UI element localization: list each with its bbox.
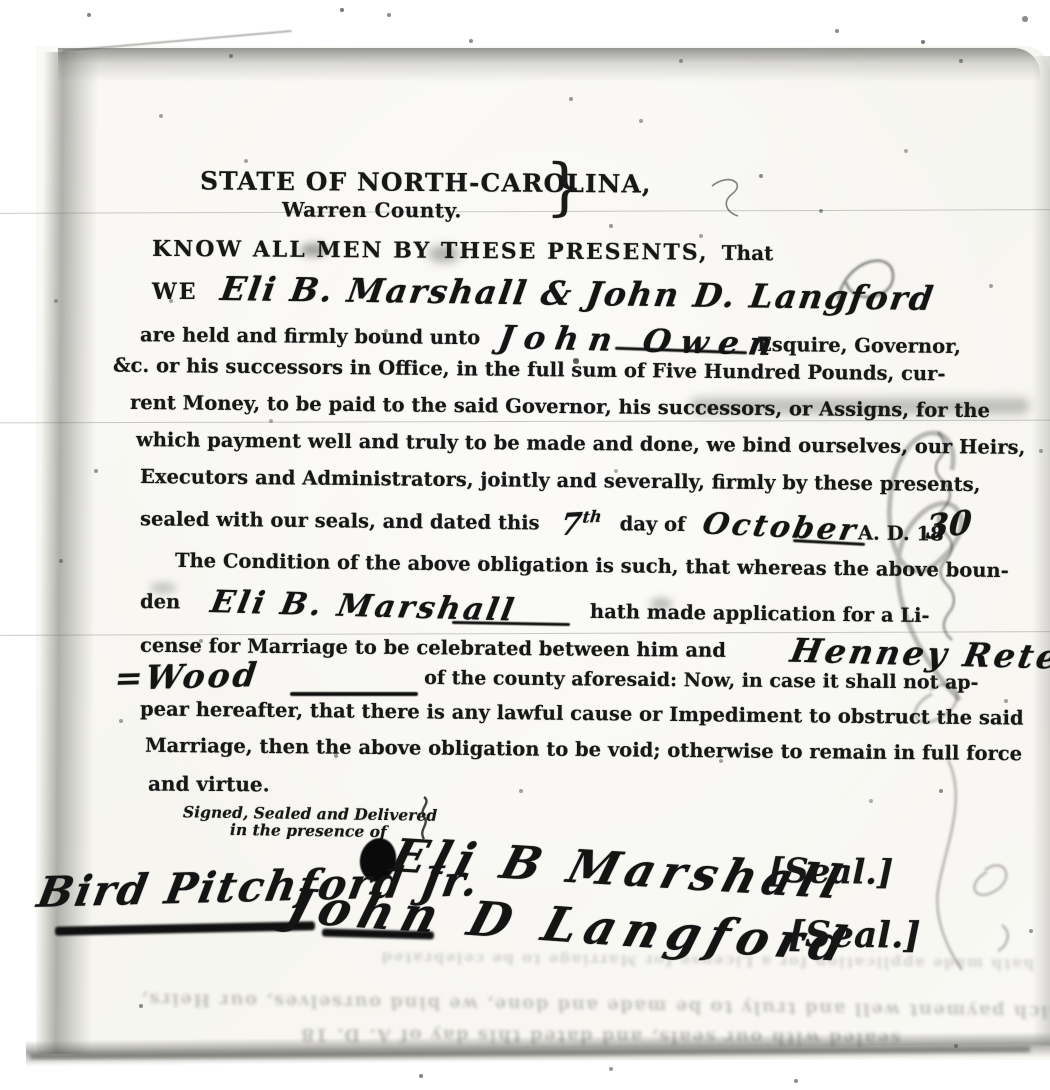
scanned-document: STATE OF NORTH-CAROLINA, Warren County. …	[0, 0, 1050, 1090]
bride-handwriting-2: =Wood	[112, 655, 261, 698]
condition-line-2b: hath made application for a Li-	[590, 600, 930, 627]
brace-glyph: }	[545, 150, 584, 223]
year-text: 30	[925, 502, 973, 547]
day-number: 7	[559, 507, 584, 544]
paper-edge-right	[1032, 56, 1050, 1046]
opening-line: KNOW ALL MEN BY THESE PRESENTS, That	[152, 236, 774, 266]
county-brace: }	[545, 150, 584, 223]
governor-handwriting: John Owen	[496, 318, 785, 363]
day-handwriting: 7th	[559, 506, 603, 544]
condition-line-7-text: and virtue.	[148, 772, 270, 797]
county-line: Warren County.	[282, 198, 462, 223]
know-all-text: KNOW ALL MEN BY THESE PRESENTS,	[152, 236, 709, 266]
condition-line-2b-text: hath made application for a Li-	[590, 600, 930, 627]
principals-line: WE Eli B. Marshall & John D. Langford	[152, 274, 934, 313]
seal-mark-2: [Seal.]	[788, 913, 921, 956]
attestation-line-2-text: in the presence of	[230, 820, 387, 841]
seal-mark-1-text: [Seal.]	[768, 851, 894, 893]
wood-tail-stroke	[290, 692, 418, 696]
condition-line-7: and virtue.	[148, 772, 270, 797]
county-line-text: Warren County.	[282, 198, 462, 223]
esquire-text: Esquire, Governor,	[757, 333, 961, 358]
paper-edge-top	[58, 48, 1040, 82]
we-text: WE	[152, 279, 197, 305]
bleed-through-text: sealed with our seals, and dated this da…	[300, 1024, 901, 1049]
condition-line-4: =Wood of the county aforesaid: Now, in c…	[115, 656, 979, 703]
condition-line-2: den Eli B. Marshall	[140, 586, 517, 626]
year-handwriting: 30	[925, 502, 973, 547]
day-of-text: day of	[620, 512, 686, 536]
seal-mark-2-text: [Seal.]	[788, 913, 921, 956]
scan-speckles	[0, 0, 2, 2]
seal-mark-1: [Seal.]	[768, 851, 894, 893]
den-text: den	[140, 590, 180, 613]
bound-text: are held and firmly bound unto	[140, 323, 480, 349]
bleed-through-text-3: sealed with our seals, and dated this da…	[300, 1024, 901, 1049]
that-text: That	[722, 241, 774, 265]
attestation-line-2: in the presence of	[230, 820, 387, 841]
dated-line: sealed with our seals, and dated this 7t…	[140, 502, 858, 546]
esquire-text-wrap: Esquire, Governor,	[757, 333, 961, 358]
day-suffix: th	[581, 507, 602, 527]
condition-line-4-text: of the county aforesaid: Now, in case it…	[424, 667, 978, 694]
principals-handwriting: Eli B. Marshall & John D. Langford	[218, 269, 937, 318]
sealed-text: sealed with our seals, and dated this	[140, 507, 540, 534]
